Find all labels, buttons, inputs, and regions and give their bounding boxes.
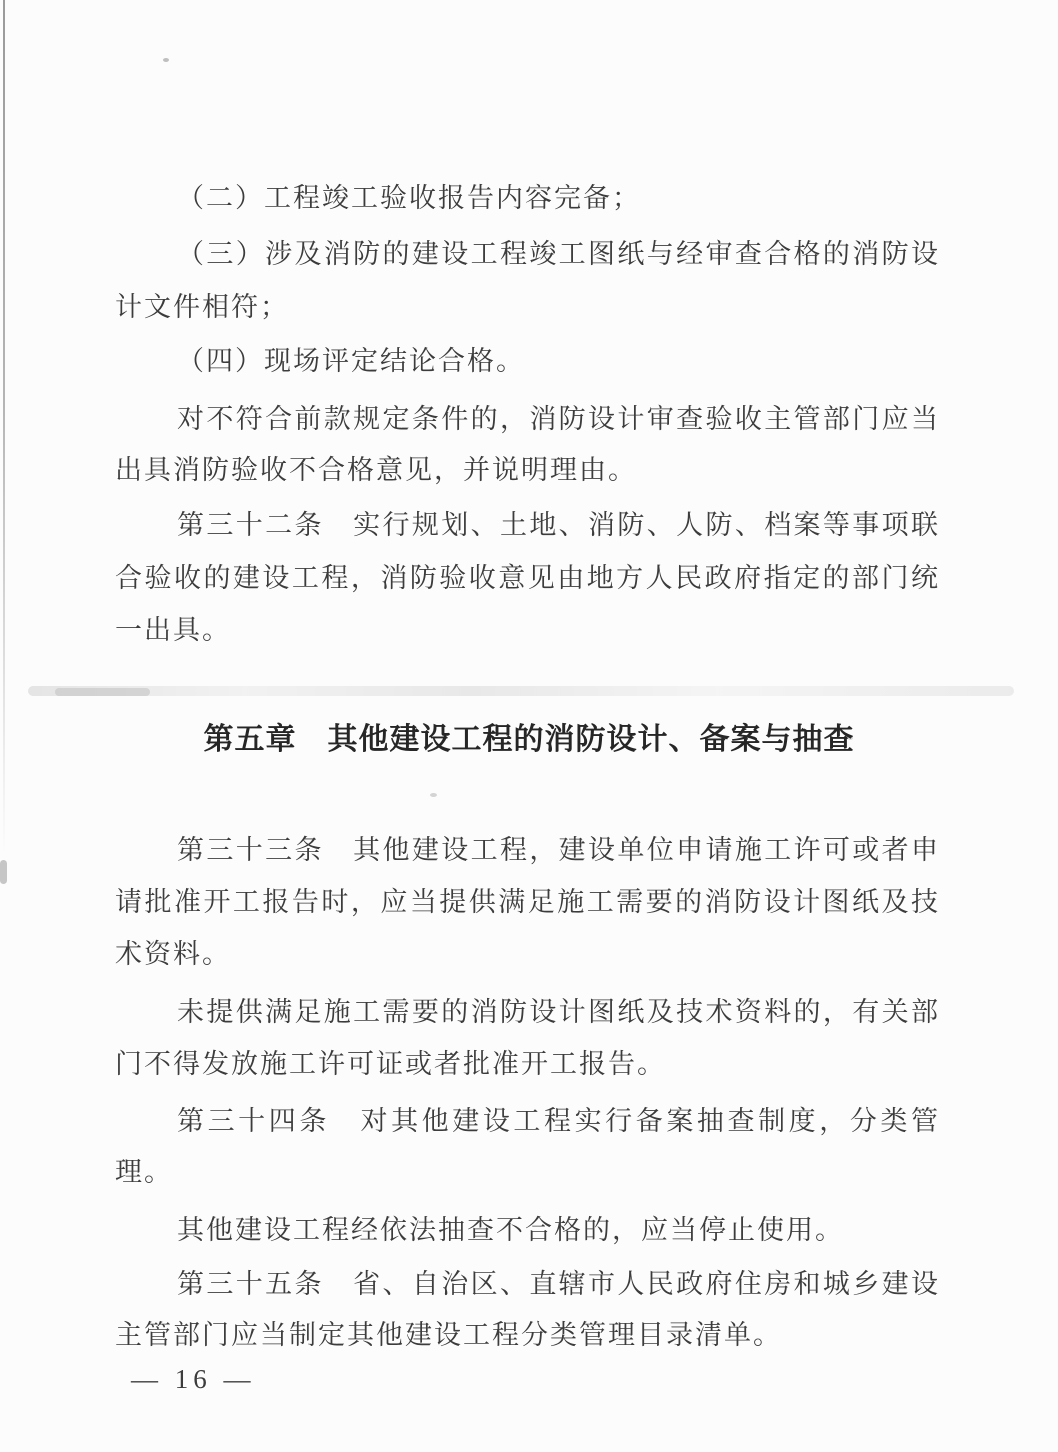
body-line: （四）现场评定结论合格。 (177, 343, 940, 379)
scan-speck (163, 58, 169, 62)
body-line: 未提供满足施工需要的消防设计图纸及技术资料的，有关部 (177, 994, 940, 1030)
body-line: 合验收的建设工程，消防验收意见由地方人民政府指定的部门统 (115, 560, 940, 596)
scan-band-artifact (28, 686, 1014, 696)
body-line: 第三十五条 省、自治区、直辖市人民政府住房和城乡建设 (177, 1266, 940, 1302)
scan-edge-line (3, 0, 5, 900)
body-line: （三）涉及消防的建设工程竣工图纸与经审查合格的消防设 (177, 236, 940, 272)
scanned-document-page: （二）工程竣工验收报告内容完备； （三）涉及消防的建设工程竣工图纸与经审查合格的… (0, 0, 1058, 1452)
scan-edge-smudge (0, 860, 7, 884)
page-number: — 16 — (131, 1364, 256, 1395)
body-line: 对不符合前款规定条件的，消防设计审查验收主管部门应当 (177, 401, 940, 437)
chapter-heading: 第五章 其他建设工程的消防设计、备案与抽查 (0, 720, 1058, 760)
body-line: 请批准开工报告时，应当提供满足施工需要的消防设计图纸及技 (115, 884, 940, 920)
body-line: 理。 (115, 1154, 940, 1190)
body-line: 一出具。 (115, 612, 940, 648)
scan-band-dark-patch (55, 688, 150, 696)
body-line: 计文件相符； (115, 289, 940, 325)
body-line: 门不得发放施工许可证或者批准开工报告。 (115, 1046, 940, 1082)
body-line: 第三十三条 其他建设工程，建设单位申请施工许可或者申 (177, 832, 940, 868)
scan-speck (430, 793, 437, 797)
body-line: 第三十四条 对其他建设工程实行备案抽查制度，分类管 (177, 1103, 940, 1139)
body-line: 第三十二条 实行规划、土地、消防、人防、档案等事项联 (177, 507, 940, 543)
body-line: 主管部门应当制定其他建设工程分类管理目录清单。 (115, 1317, 940, 1353)
body-line: （二）工程竣工验收报告内容完备； (177, 180, 940, 216)
body-line: 术资料。 (115, 936, 940, 972)
body-line: 其他建设工程经依法抽查不合格的，应当停止使用。 (177, 1212, 940, 1248)
body-line: 出具消防验收不合格意见，并说明理由。 (115, 452, 940, 488)
